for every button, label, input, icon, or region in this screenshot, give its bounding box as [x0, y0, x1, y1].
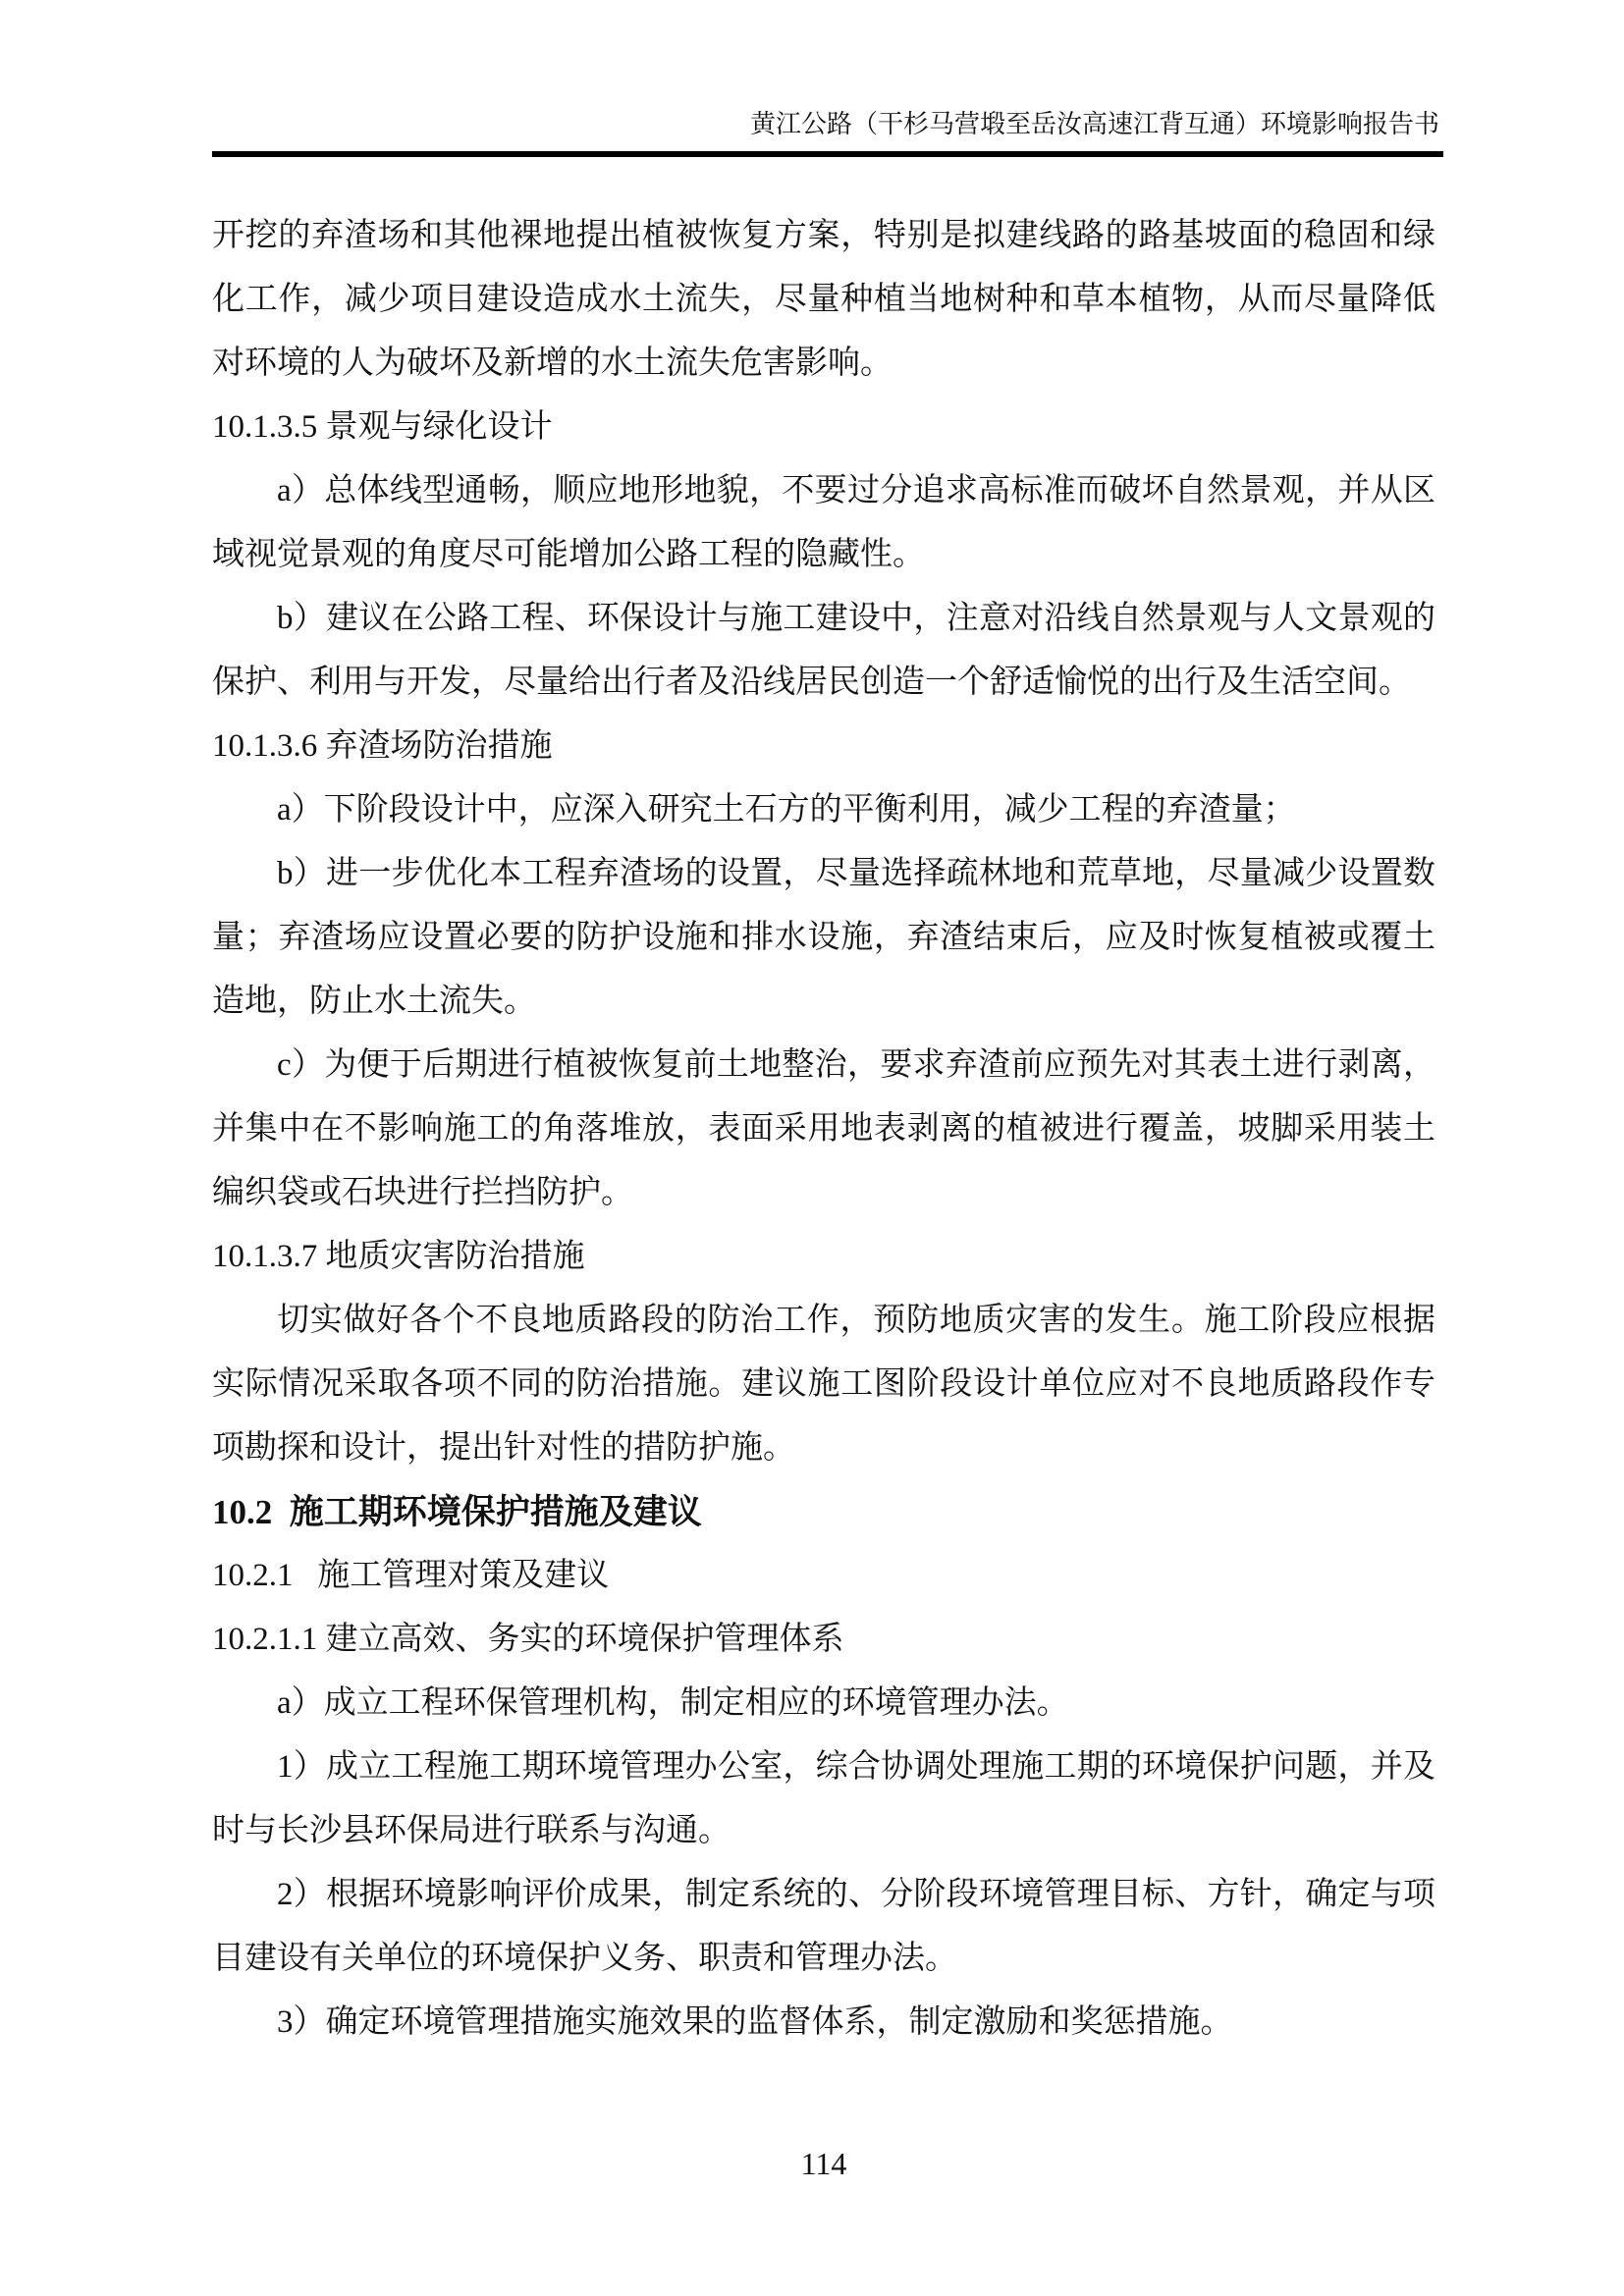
- paragraph: 2）根据环境影响评价成果，制定系统的、分阶段环境管理目标、方针，确定与项目建设有…: [212, 1863, 1435, 1991]
- paragraph: b）建议在公路工程、环保设计与施工建设中，注意对沿线自然景观与人文景观的保护、利…: [212, 587, 1435, 715]
- page-number: 114: [212, 2144, 1435, 2183]
- paragraph: 1）成立工程施工期环境管理办公室，综合协调处理施工期的环境保护问题，并及时与长沙…: [212, 1735, 1435, 1863]
- section-heading: 10.1.3.7 地质灾害防治措施: [212, 1225, 1435, 1289]
- document-body: 开挖的弃渣场和其他裸地提出植被恢复方案，特别是拟建线路的路基坡面的稳固和绿化工作…: [212, 204, 1435, 2055]
- paragraph: a）下阶段设计中，应深入研究土石方的平衡利用，减少工程的弃渣量；: [212, 778, 1435, 842]
- paragraph: 开挖的弃渣场和其他裸地提出植被恢复方案，特别是拟建线路的路基坡面的稳固和绿化工作…: [212, 204, 1435, 396]
- paragraph: a）成立工程环保管理机构，制定相应的环境管理办法。: [212, 1672, 1435, 1735]
- section-heading: 10.2 施工期环境保护措施及建议: [212, 1480, 1435, 1544]
- header-rule: [212, 151, 1443, 157]
- section-heading: 10.1.3.5 景观与绿化设计: [212, 396, 1435, 459]
- section-heading: 10.2.1 施工管理对策及建议: [212, 1544, 1435, 1608]
- section-heading: 10.2.1.1 建立高效、务实的环境保护管理体系: [212, 1608, 1435, 1672]
- paragraph: b）进一步优化本工程弃渣场的设置，尽量选择疏林地和荒草地，尽量减少设置数量；弃渣…: [212, 842, 1435, 1034]
- paragraph: a）总体线型通畅，顺应地形地貌，不要过分追求高标准而破坏自然景观，并从区域视觉景…: [212, 459, 1435, 587]
- section-heading: 10.1.3.6 弃渣场防治措施: [212, 715, 1435, 778]
- paragraph: 切实做好各个不良地质路段的防治工作，预防地质灾害的发生。施工阶段应根据实际情况采…: [212, 1289, 1435, 1480]
- document-page: 黄江公路（干杉马营塅至岳汝高速江背互通）环境影响报告书 开挖的弃渣场和其他裸地提…: [0, 0, 1624, 2296]
- paragraph: c）为便于后期进行植被恢复前土地整治，要求弃渣前应预先对其表土进行剥离，并集中在…: [212, 1034, 1435, 1225]
- header-title: 黄江公路（干杉马营塅至岳汝高速江背互通）环境影响报告书: [212, 108, 1439, 141]
- paragraph: 3）确定环境管理措施实施效果的监督体系，制定激励和奖惩措施。: [212, 1991, 1435, 2055]
